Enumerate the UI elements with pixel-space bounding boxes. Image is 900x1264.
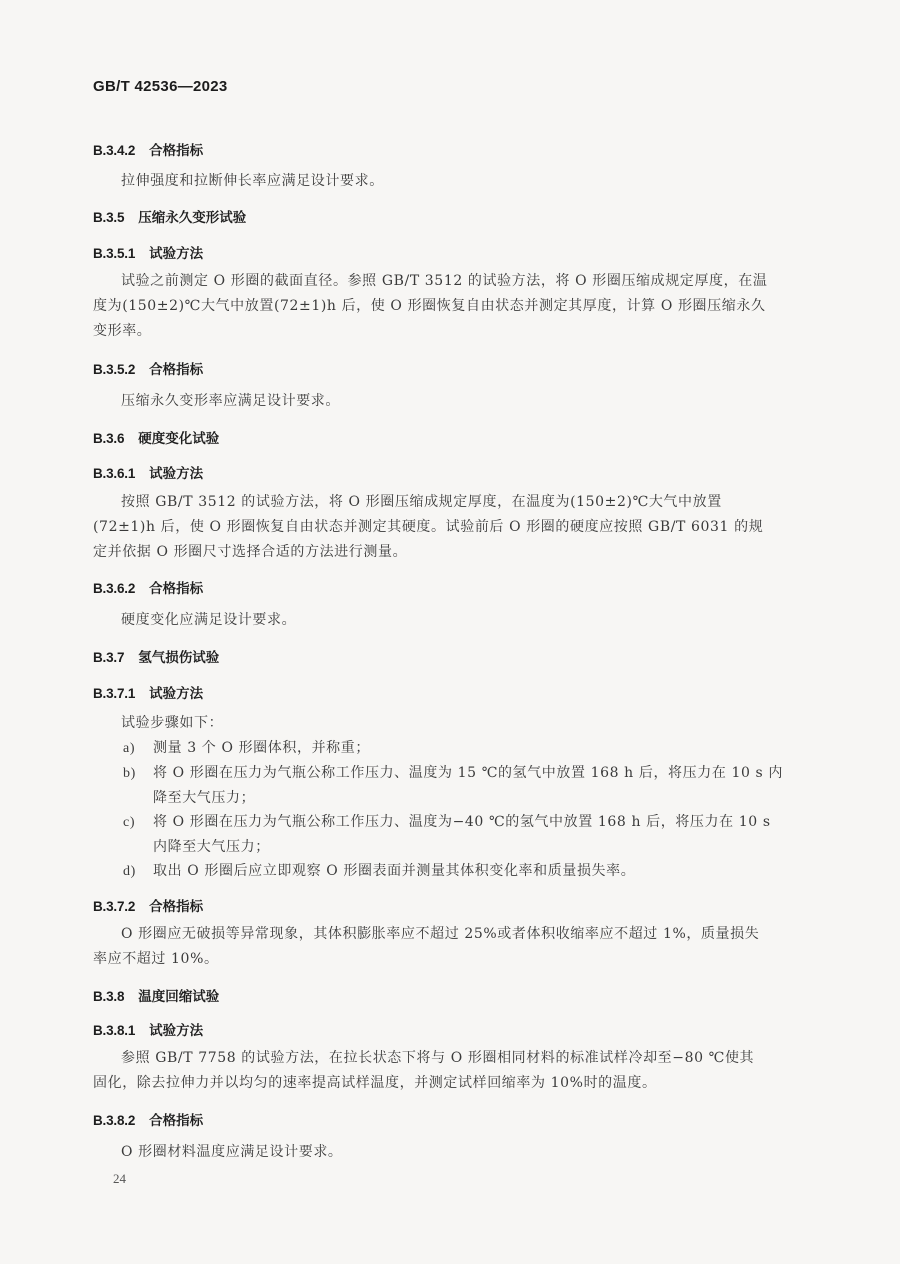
section-number: B.3.7.2 [93,899,135,914]
list-marker: b) [123,761,153,786]
section-number: B.3.4.2 [93,143,135,158]
list-text: 测量 3 个 O 形圈体积，并称重； [153,740,370,756]
paragraph-line: 参照 GB/T 7758 的试验方法，在拉长状态下将与 O 形圈相同材料的标准试… [93,1046,817,1071]
paragraph-b382: O 形圈材料温度应满足设计要求。 [93,1140,817,1165]
paragraph-line: 试验步骤如下： [93,711,817,736]
section-number: B.3.6 [93,431,124,446]
list-text: 内降至大气压力； [123,835,771,860]
section-number: B.3.5.1 [93,246,135,261]
list-text: 将 O 形圈在压力为气瓶公称工作压力、温度为 15 ℃的氢气中放置 168 h … [153,765,783,781]
section-heading-b371: B.3.7.1试验方法 [93,682,203,702]
section-title: 合格指标 [149,143,203,159]
paragraph-line: 拉伸强度和拉断伸长率应满足设计要求。 [93,169,817,194]
paragraph-b362: 硬度变化应满足设计要求。 [93,608,817,633]
section-heading-b372: B.3.7.2合格指标 [93,895,203,915]
steps-intro: 试验步骤如下： [93,711,817,736]
document-page: GB/T 42536—2023 B.3.4.2合格指标 拉伸强度和拉断伸长率应满… [0,0,900,1264]
section-heading-b352: B.3.5.2合格指标 [93,358,203,378]
paragraph-b361: 按照 GB/T 3512 的试验方法，将 O 形圈压缩成规定厚度，在温度为(15… [93,490,817,565]
paragraph-line: 硬度变化应满足设计要求。 [93,608,817,633]
paragraph-line: 按照 GB/T 3512 的试验方法，将 O 形圈压缩成规定厚度，在温度为(15… [93,490,817,515]
list-item-d: d)取出 O 形圈后应立即观察 O 形圈表面并测量其体积变化率和质量损失率。 [123,859,635,884]
section-title: 压缩永久变形试验 [138,210,246,226]
paragraph-line: 变形率。 [93,319,817,344]
section-heading-b361: B.3.6.1试验方法 [93,462,203,482]
list-item-b: b)将 O 形圈在压力为气瓶公称工作压力、温度为 15 ℃的氢气中放置 168 … [123,761,783,811]
paragraph-line: 试验之前测定 O 形圈的截面直径。参照 GB/T 3512 的试验方法，将 O … [93,269,817,294]
section-heading-b36: B.3.6硬度变化试验 [93,427,219,447]
section-title: 试验方法 [149,246,203,262]
list-item-c: c)将 O 形圈在压力为气瓶公称工作压力、温度为−40 ℃的氢气中放置 168 … [123,810,771,860]
paragraph-line: 定并依据 O 形圈尺寸选择合适的方法进行测量。 [93,540,817,565]
list-marker: d) [123,859,153,884]
list-text: 降至大气压力； [123,786,783,811]
section-number: B.3.6.1 [93,466,135,481]
paragraph-line: O 形圈应无破损等异常现象，其体积膨胀率应不超过 25%或者体积收缩率应不超过 … [93,922,817,947]
paragraph-line: (72±1)h 后，使 O 形圈恢复自由状态并测定其硬度。试验前后 O 形圈的硬… [93,515,817,540]
page-number: 24 [113,1171,126,1187]
paragraph-b351: 试验之前测定 O 形圈的截面直径。参照 GB/T 3512 的试验方法，将 O … [93,269,817,344]
section-heading-b381: B.3.8.1试验方法 [93,1019,203,1039]
paragraph-b352: 压缩永久变形率应满足设计要求。 [93,389,817,414]
list-marker: a) [123,736,153,761]
paragraph-line: 度为(150±2)℃大气中放置(72±1)h 后，使 O 形圈恢复自由状态并测定… [93,294,817,319]
list-text: 将 O 形圈在压力为气瓶公称工作压力、温度为−40 ℃的氢气中放置 168 h … [153,814,771,830]
paragraph-line: 率应不超过 10%。 [93,947,817,972]
section-number: B.3.5 [93,210,124,225]
list-item-a: a)测量 3 个 O 形圈体积，并称重； [123,736,370,761]
list-marker: c) [123,810,153,835]
section-title: 温度回缩试验 [138,989,219,1005]
section-number: B.3.7 [93,650,124,665]
section-title: 硬度变化试验 [138,431,219,447]
paragraph-line: O 形圈材料温度应满足设计要求。 [93,1140,817,1165]
section-title: 合格指标 [149,899,203,915]
section-title: 合格指标 [149,1113,203,1129]
section-title: 合格指标 [149,581,203,597]
section-heading-b362: B.3.6.2合格指标 [93,577,203,597]
section-title: 试验方法 [149,466,203,482]
section-title: 试验方法 [149,686,203,702]
list-text: 取出 O 形圈后应立即观察 O 形圈表面并测量其体积变化率和质量损失率。 [153,863,635,879]
section-title: 合格指标 [149,362,203,378]
section-number: B.3.8 [93,989,124,1004]
section-title: 氢气损伤试验 [138,650,219,666]
section-number: B.3.6.2 [93,581,135,596]
paragraph-b381: 参照 GB/T 7758 的试验方法，在拉长状态下将与 O 形圈相同材料的标准试… [93,1046,817,1096]
section-title: 试验方法 [149,1023,203,1039]
section-heading-b37: B.3.7氢气损伤试验 [93,646,219,666]
section-number: B.3.8.2 [93,1113,135,1128]
section-number: B.3.7.1 [93,686,135,701]
standard-number-header: GB/T 42536—2023 [93,78,228,95]
section-heading-b342: B.3.4.2合格指标 [93,139,203,159]
section-number: B.3.8.1 [93,1023,135,1038]
section-heading-b35: B.3.5压缩永久变形试验 [93,206,246,226]
section-heading-b382: B.3.8.2合格指标 [93,1109,203,1129]
paragraph-b342: 拉伸强度和拉断伸长率应满足设计要求。 [93,169,817,194]
paragraph-line: 压缩永久变形率应满足设计要求。 [93,389,817,414]
paragraph-b372: O 形圈应无破损等异常现象，其体积膨胀率应不超过 25%或者体积收缩率应不超过 … [93,922,817,972]
section-heading-b351: B.3.5.1试验方法 [93,242,203,262]
section-number: B.3.5.2 [93,362,135,377]
paragraph-line: 固化，除去拉伸力并以均匀的速率提高试样温度，并测定试样回缩率为 10%时的温度。 [93,1071,817,1096]
section-heading-b38: B.3.8温度回缩试验 [93,985,219,1005]
